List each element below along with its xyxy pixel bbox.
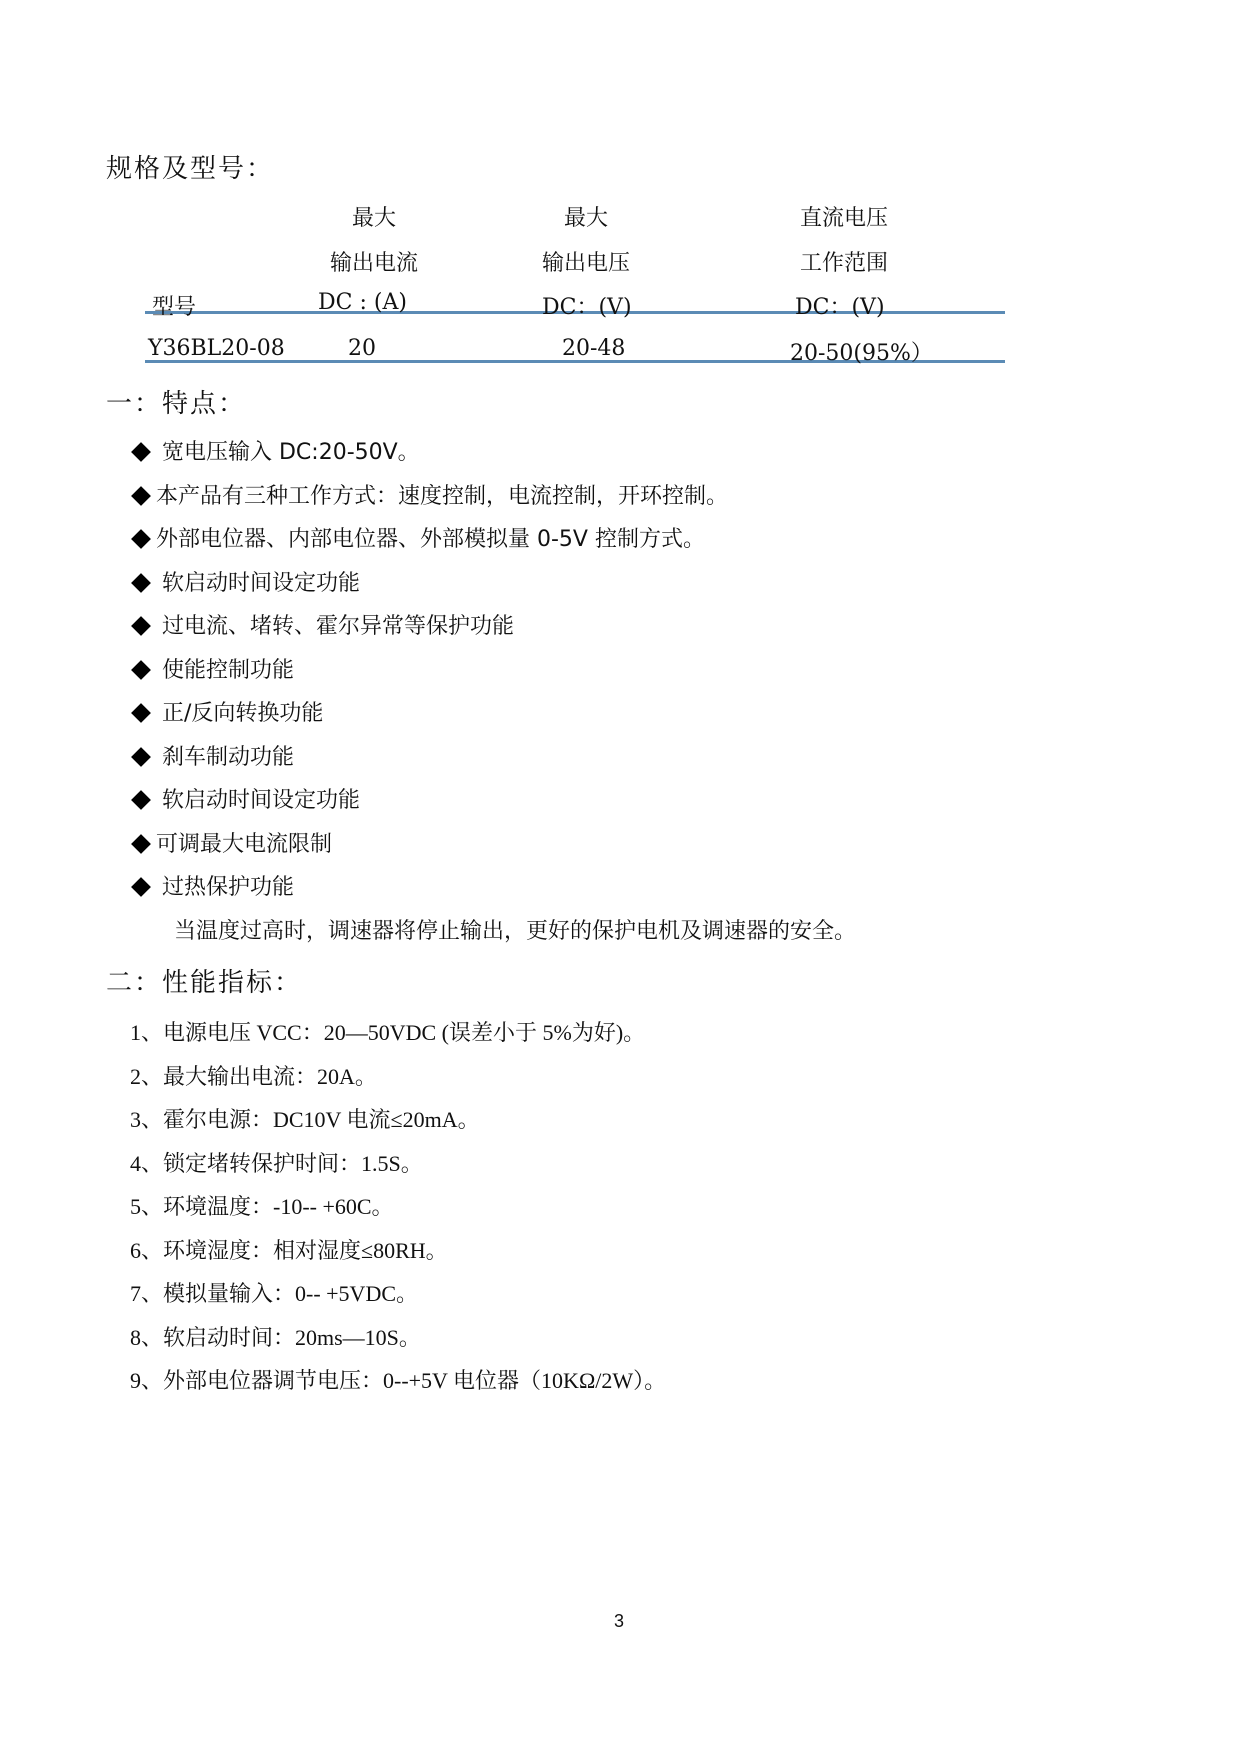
list-item: 宽电压输入 DC:20-50V。 xyxy=(132,435,420,466)
diamond-bullet-icon xyxy=(131,703,151,723)
units-current: DC : (A) xyxy=(318,290,407,315)
units-range: DC：(V) xyxy=(795,290,885,321)
diamond-bullet-icon xyxy=(131,529,151,549)
list-item: 刹车制动功能 xyxy=(132,740,294,771)
list-item: 9、外部电位器调节电压：0--+5V 电位器（10KΩ/2W）。 xyxy=(130,1364,666,1395)
diamond-bullet-icon xyxy=(131,573,151,593)
list-item: 软启动时间设定功能 xyxy=(132,783,360,814)
spec-section-title: 规格及型号： xyxy=(106,148,274,185)
list-item: 软启动时间设定功能 xyxy=(132,566,360,597)
list-item: 过电流、堵转、霍尔异常等保护功能 xyxy=(132,609,514,640)
header-dc-range-line1: 直流电压 xyxy=(800,201,888,232)
list-item: 过热保护功能 xyxy=(132,870,294,901)
header-dc-range-line2: 工作范围 xyxy=(800,246,888,277)
list-item: 外部电位器、内部电位器、外部模拟量 0-5V 控制方式。 xyxy=(132,522,705,553)
list-item: 本产品有三种工作方式：速度控制，电流控制，开环控制。 xyxy=(132,479,728,510)
header-max-current-line2: 输出电流 xyxy=(330,246,418,277)
list-item: 3、霍尔电源：DC10V 电流≤20mA。 xyxy=(130,1103,480,1134)
diamond-bullet-icon xyxy=(131,747,151,767)
overheat-note: 当温度过高时，调速器将停止输出，更好的保护电机及调速器的安全。 xyxy=(174,914,856,945)
list-item: 可调最大电流限制 xyxy=(132,827,332,858)
diamond-bullet-icon xyxy=(131,660,151,680)
list-item: 6、环境湿度：相对湿度≤80RH。 xyxy=(130,1234,448,1265)
list-item: 1、电源电压 VCC：20—50VDC (误差小于 5%为好)。 xyxy=(130,1016,645,1047)
range-cell: 20-50(95%） xyxy=(790,336,933,367)
list-item: 8、软启动时间：20ms—10S。 xyxy=(130,1321,421,1352)
list-item: 正/反向转换功能 xyxy=(132,696,323,727)
diamond-bullet-icon xyxy=(131,486,151,506)
header-max-voltage-line2: 输出电压 xyxy=(542,246,630,277)
list-item: 2、最大输出电流：20A。 xyxy=(130,1060,377,1091)
diamond-bullet-icon xyxy=(131,790,151,810)
list-item: 使能控制功能 xyxy=(132,653,294,684)
page-number: 3 xyxy=(614,1611,624,1632)
performance-section-title: 二：性能指标： xyxy=(106,962,302,999)
list-item: 4、锁定堵转保护时间：1.5S。 xyxy=(130,1147,423,1178)
units-voltage: DC：(V) xyxy=(542,290,632,321)
header-max-current-line1: 最大 xyxy=(352,201,396,232)
current-cell: 20 xyxy=(348,336,376,361)
model-cell: Y36BL20-08 xyxy=(148,336,285,361)
diamond-bullet-icon xyxy=(131,834,151,854)
diamond-bullet-icon xyxy=(131,442,151,462)
list-item: 7、模拟量输入：0-- +5VDC。 xyxy=(130,1277,418,1308)
diamond-bullet-icon xyxy=(131,616,151,636)
header-max-voltage-line1: 最大 xyxy=(564,201,608,232)
features-section-title: 一：特点： xyxy=(106,383,246,420)
list-item: 5、环境温度：-10-- +60C。 xyxy=(130,1190,394,1221)
units-model-label: 型号 xyxy=(152,290,196,321)
diamond-bullet-icon xyxy=(131,877,151,897)
voltage-cell: 20-48 xyxy=(562,336,625,361)
